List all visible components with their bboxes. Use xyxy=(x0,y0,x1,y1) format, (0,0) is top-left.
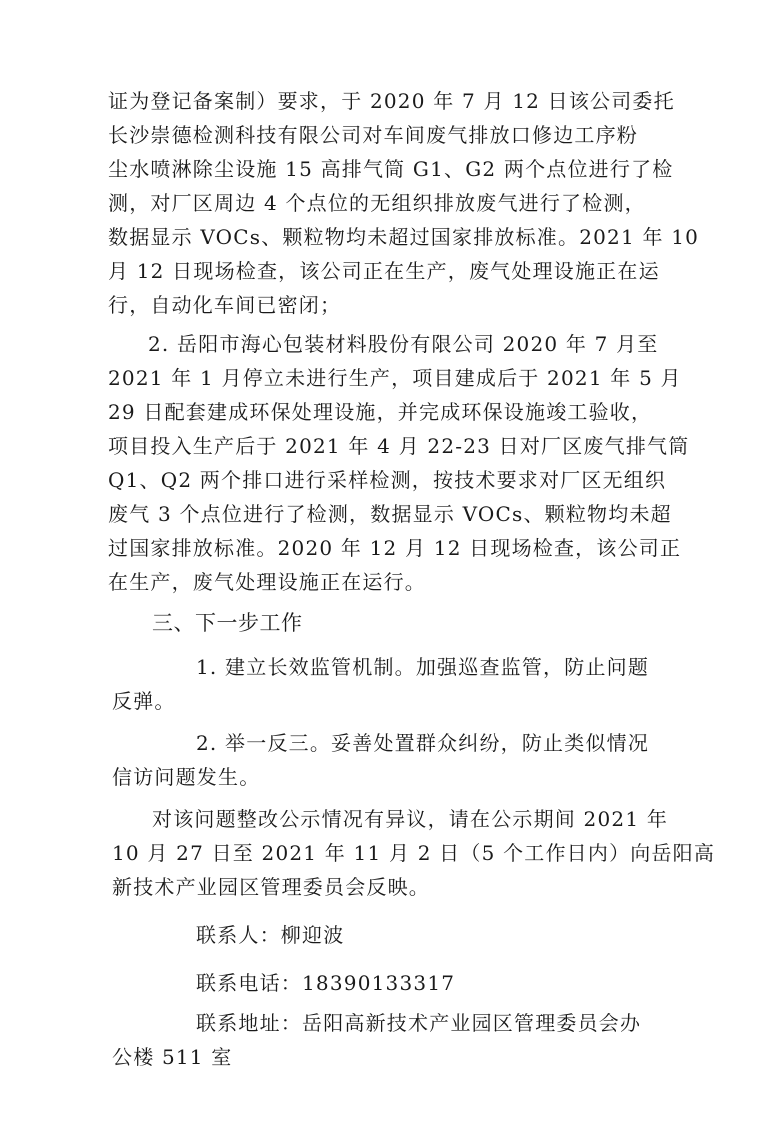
text-line: 29 日配套建成环保处理设施，并完成环保设施竣工验收， xyxy=(108,395,668,429)
text-line: 2. 岳阳市海心包装材料股份有限公司 2020 年 7 月至 xyxy=(148,327,708,361)
document-page: 证为登记备案制）要求，于 2020 年 7 月 12 日该公司委托 长沙崇德检测… xyxy=(0,0,776,1122)
contact-person: 联系人：柳迎波 xyxy=(196,918,756,952)
text-line: 1. 建立长效监管机制。加强巡查监管，防止问题 xyxy=(196,650,756,684)
text-line: 长沙崇德检测科技有限公司对车间废气排放口修边工序粉 xyxy=(108,118,668,152)
text-line: 10 月 27 日至 2021 年 11 月 2 日（5 个工作日内）向岳阳高 xyxy=(112,836,672,870)
contact-phone: 联系电话：18390133317 xyxy=(196,966,756,1000)
text-line: 行，自动化车间已密闭； xyxy=(108,288,668,322)
text-line: 项目投入生产后于 2021 年 4 月 22-23 日对厂区废气排气筒 xyxy=(108,429,668,463)
text-line: 反弹。 xyxy=(112,684,672,718)
text-line: 废气 3 个点位进行了检测，数据显示 VOCs、颗粒物均未超 xyxy=(108,497,668,531)
section-heading: 三、下一步工作 xyxy=(152,606,712,640)
text-line: 对该问题整改公示情况有异议，请在公示期间 2021 年 xyxy=(152,802,712,836)
text-line: 2. 举一反三。妥善处置群众纠纷，防止类似情况 xyxy=(196,726,756,760)
text-line: 月 12 日现场检查，该公司正在生产，废气处理设施正在运 xyxy=(108,254,668,288)
text-line: 过国家排放标准。2020 年 12 月 12 日现场检查，该公司正 xyxy=(108,531,668,565)
text-line: 数据显示 VOCs、颗粒物均未超过国家排放标准。2021 年 10 xyxy=(108,220,668,254)
text-line: 证为登记备案制）要求，于 2020 年 7 月 12 日该公司委托 xyxy=(108,84,668,118)
text-line: 2021 年 1 月停立未进行生产，项目建成后于 2021 年 5 月 xyxy=(108,361,668,395)
text-line: 尘水喷淋除尘设施 15 高排气筒 G1、G2 两个点位进行了检 xyxy=(108,152,668,186)
text-line: 信访问题发生。 xyxy=(112,760,672,794)
text-line: 联系地址：岳阳高新技术产业园区管理委员会办 xyxy=(196,1006,756,1040)
text-line: 测，对厂区周边 4 个点位的无组织排放废气进行了检测， xyxy=(108,186,668,220)
text-line: 公楼 511 室 xyxy=(112,1040,672,1074)
text-line: 新技术产业园区管理委员会反映。 xyxy=(112,870,672,904)
text-line: 在生产，废气处理设施正在运行。 xyxy=(108,565,668,599)
text-line: Q1、Q2 两个排口进行采样检测，按技术要求对厂区无组织 xyxy=(108,463,668,497)
